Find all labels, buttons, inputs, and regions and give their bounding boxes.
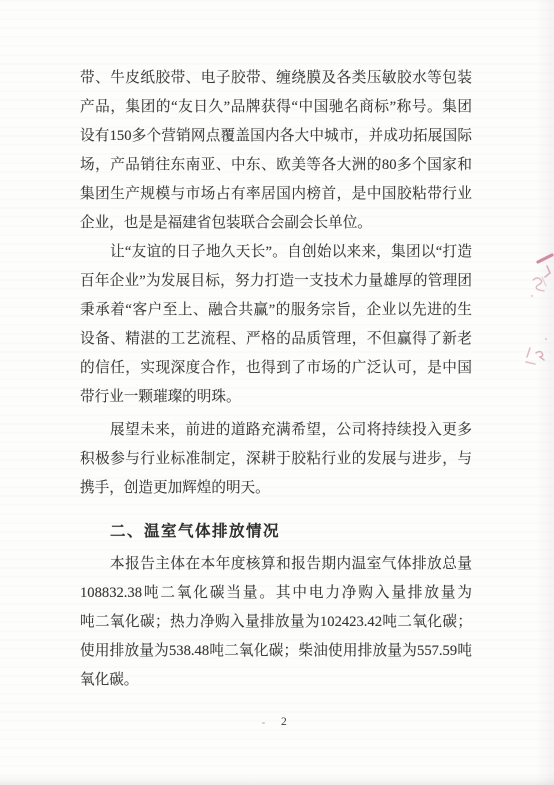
- body-text-line: 让“友谊的日子地久天长”。自创始以来来，集团以“打造: [80, 238, 472, 267]
- page-number: 2: [281, 715, 287, 729]
- body-text-line: 展望未来，前进的道路充满希望，公司将持续投入更多资源，: [80, 416, 472, 445]
- scan-edge-shade-right: [536, 0, 554, 785]
- body-text-line: 产品，集团的“友日久”品牌获得“中国驰名商标”称号。集团: [80, 93, 472, 122]
- body-text-line: 设备、精湛的工艺流程、严格的品质管理，不但赢得了新老客户: [80, 325, 472, 354]
- body-text-line: 使用排放量为538.48吨二氧化碳；柴油使用排放量为557.59吨二: [80, 637, 472, 666]
- red-ink-annotation-bottom: [520, 336, 554, 368]
- body-text-line: 秉承着“客户至上、融合共赢”的服务宗旨，企业以先进的生产: [80, 296, 472, 325]
- body-text-line: 场，产品销往东南亚、中东、欧美等各大洲的80多个国家和地区。: [80, 151, 472, 180]
- body-text-line: 设有150多个营销网点覆盖国内各大中城市，并成功拓展国际市: [80, 122, 472, 151]
- scan-edge-shade-bottom: [0, 775, 554, 785]
- body-text-line: 带行业一颗璀璨的明珠。: [80, 383, 472, 412]
- scan-speck: [262, 722, 265, 724]
- body-text-line: 携手，创造更加辉煌的明天。: [80, 474, 472, 503]
- body-text-line: 集团生产规模与市场占有率居国内榜首，是中国胶粘带行业龙头: [80, 180, 472, 209]
- body-text-line: 108832.38吨二氧化碳当量。其中电力净购入量排放量为5312.89: [80, 579, 472, 608]
- body-text-line: 吨二氧化碳；热力净购入量排放量为102423.42吨二氧化碳；汽油: [80, 608, 472, 637]
- red-ink-annotation-top: [518, 250, 554, 308]
- section-heading: 二、温室气体排放情况: [80, 517, 472, 546]
- body-text-line: 积极参与行业标准制定，深耕于胶粘行业的发展与进步，与客户: [80, 445, 472, 474]
- body-text-line: 的信任，实现深度合作，也得到了市场的广泛认可，是中国胶粘: [80, 354, 472, 383]
- document-body: 带、牛皮纸胶带、电子胶带、缠绕膜及各类压敏胶水等包装系列产品，集团的“友日久”品…: [80, 64, 472, 695]
- body-text-line: 企业，也是是福建省包装联合会副会长单位。: [80, 209, 472, 238]
- body-text-line: 本报告主体在本年度核算和报告期内温室气体排放总量为: [80, 550, 472, 579]
- body-text-line: 氧化碳。: [80, 666, 472, 695]
- body-text-line: 百年企业”为发展目标，努力打造一支技术力量雄厚的管理团队。: [80, 267, 472, 296]
- document-page: 带、牛皮纸胶带、电子胶带、缠绕膜及各类压敏胶水等包装系列产品，集团的“友日久”品…: [0, 0, 554, 785]
- body-text-line: 带、牛皮纸胶带、电子胶带、缠绕膜及各类压敏胶水等包装系列: [80, 64, 472, 93]
